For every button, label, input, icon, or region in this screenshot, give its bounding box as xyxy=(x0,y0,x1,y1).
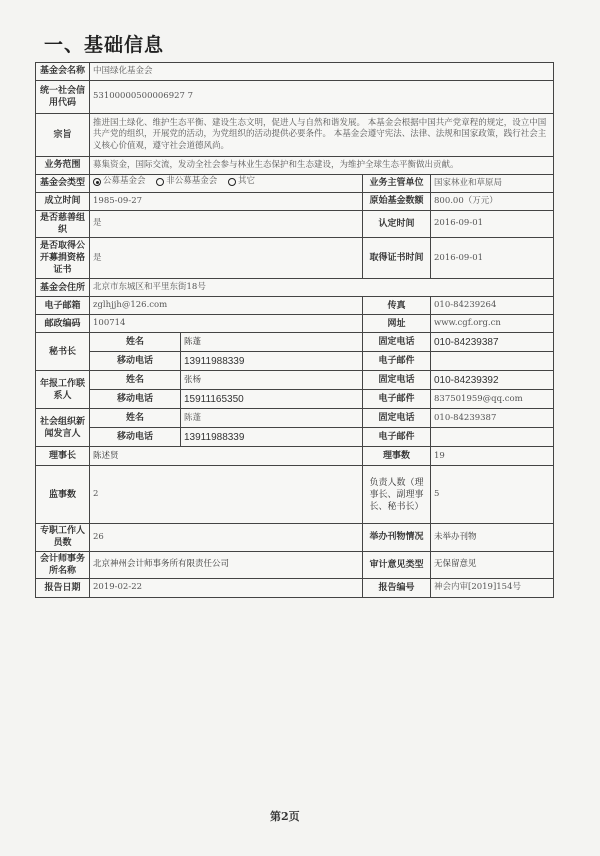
row-address: 基金会住所 北京市东城区和平里东街18号 xyxy=(36,279,554,297)
sub-label: 移动电话 xyxy=(90,428,181,447)
row-chairman: 理事长 陈述贤 理事数 19 xyxy=(36,447,554,466)
row-email: 电子邮箱 zglhjjh@126.com 传真 010-84239264 xyxy=(36,297,554,315)
row-founded: 成立时间 1985-09-27 原始基金数额 800.00（万元） xyxy=(36,193,554,211)
value: www.cgf.org.cn xyxy=(431,315,554,333)
row-secretary-name: 秘书长 姓名 陈蓬 固定电话 010-84239387 xyxy=(36,333,554,352)
value: 北京神州会计师事务所有限责任公司 xyxy=(90,551,363,578)
value: 陈蓬 xyxy=(181,409,363,428)
value: 010-84239264 xyxy=(431,297,554,315)
row-secretary-mobile: 移动电话 13911988339 电子邮件 xyxy=(36,352,554,371)
page-number: 第2页 xyxy=(270,808,300,824)
label: 统一社会信用代码 xyxy=(36,81,90,114)
label: 秘书长 xyxy=(36,333,90,371)
label: 网址 xyxy=(363,315,431,333)
value: 国家林业和草原局 xyxy=(431,175,554,193)
label: 社会组织新闻发言人 xyxy=(36,409,90,447)
value: 100714 xyxy=(90,315,363,333)
value: 未举办刊物 xyxy=(431,524,554,551)
value: 15911165350 xyxy=(181,390,363,409)
value: 张杨 xyxy=(181,371,363,390)
value: zglhjjh@126.com xyxy=(90,297,363,315)
radio-unchecked-icon xyxy=(156,178,164,186)
value: 陈述贤 xyxy=(90,447,363,466)
value: 募集资金，国际交流，发动全社会参与林业生态保护和生态建设，为维护全球生态平衡做出… xyxy=(90,157,554,175)
label: 电子邮件 xyxy=(363,390,431,409)
label: 基金会名称 xyxy=(36,63,90,81)
label: 是否慈善组织 xyxy=(36,211,90,238)
label: 年报工作联系人 xyxy=(36,371,90,409)
label: 负责人数（理事长、副理事长、秘书长） xyxy=(363,466,431,524)
row-charity: 是否慈善组织 是 认定时间 2016-09-01 xyxy=(36,211,554,238)
label: 电子邮箱 xyxy=(36,297,90,315)
row-name: 基金会名称 中国绿化基金会 xyxy=(36,63,554,81)
value: 800.00（万元） xyxy=(431,193,554,211)
row-supervisors: 监事数 2 负责人数（理事长、副理事长、秘书长） 5 xyxy=(36,466,554,524)
row-spokesperson-name: 社会组织新闻发言人 姓名 陈蓬 固定电话 010-84239387 xyxy=(36,409,554,428)
row-purpose: 宗旨 推进国土绿化、维护生态平衡、建设生态文明，促进人与自然和谐发展。 本基金会… xyxy=(36,114,554,157)
sub-label: 姓名 xyxy=(90,371,181,390)
label: 会计师事务所名称 xyxy=(36,551,90,578)
row-report-contact-name: 年报工作联系人 姓名 张杨 固定电话 010-84239392 xyxy=(36,371,554,390)
basic-info-table: 基金会名称 中国绿化基金会 统一社会信用代码 53100000500006927… xyxy=(35,62,554,598)
sub-label: 姓名 xyxy=(90,333,181,352)
section-title: 一、基础信息 xyxy=(44,30,164,57)
value: 2016-09-01 xyxy=(431,238,554,279)
label: 基金会住所 xyxy=(36,279,90,297)
value: 无保留意见 xyxy=(431,551,554,578)
row-scope: 业务范围 募集资金，国际交流，发动全社会参与林业生态保护和生态建设，为维护全球生… xyxy=(36,157,554,175)
label: 业务范围 xyxy=(36,157,90,175)
row-type: 基金会类型 公募基金会 非公募基金会 其它 业务主管单位 国家林业和草原局 xyxy=(36,175,554,193)
value: 2016-09-01 xyxy=(431,211,554,238)
value xyxy=(431,428,554,447)
row-postcode: 邮政编码 100714 网址 www.cgf.org.cn xyxy=(36,315,554,333)
row-accounting-firm: 会计师事务所名称 北京神州会计师事务所有限责任公司 审计意见类型 无保留意见 xyxy=(36,551,554,578)
label: 监事数 xyxy=(36,466,90,524)
value: 53100000500006927 7 xyxy=(90,81,554,114)
label: 取得证书时间 xyxy=(363,238,431,279)
value: 2019-02-22 xyxy=(90,578,363,597)
label: 报告日期 xyxy=(36,578,90,597)
label: 报告编号 xyxy=(363,578,431,597)
label: 是否取得公开募捐资格证书 xyxy=(36,238,90,279)
row-report-contact-mobile: 移动电话 15911165350 电子邮件 837501959@qq.com xyxy=(36,390,554,409)
value: 837501959@qq.com xyxy=(431,390,554,409)
radio-unchecked-icon xyxy=(228,178,236,186)
label: 原始基金数额 xyxy=(363,193,431,211)
label: 固定电话 xyxy=(363,333,431,352)
type-options: 公募基金会 非公募基金会 其它 xyxy=(90,175,363,193)
row-staff: 专职工作人员数 26 举办刊物情况 未举办刊物 xyxy=(36,524,554,551)
value: 13911988339 xyxy=(181,428,363,447)
value: 神会内审[2019]154号 xyxy=(431,578,554,597)
label: 认定时间 xyxy=(363,211,431,238)
sub-label: 姓名 xyxy=(90,409,181,428)
sub-label: 移动电话 xyxy=(90,352,181,371)
value: 中国绿化基金会 xyxy=(90,63,554,81)
value: 北京市东城区和平里东街18号 xyxy=(90,279,554,297)
label: 基金会类型 xyxy=(36,175,90,193)
value: 陈蓬 xyxy=(181,333,363,352)
label: 业务主管单位 xyxy=(363,175,431,193)
radio-nonpublic[interactable]: 非公募基金会 xyxy=(156,176,217,187)
radio-other[interactable]: 其它 xyxy=(228,176,255,187)
label: 电子邮件 xyxy=(363,352,431,371)
label: 电子邮件 xyxy=(363,428,431,447)
value: 010-84239387 xyxy=(431,333,554,352)
value: 010-84239387 xyxy=(431,409,554,428)
label: 固定电话 xyxy=(363,409,431,428)
label: 邮政编码 xyxy=(36,315,90,333)
label: 宗旨 xyxy=(36,114,90,157)
label: 举办刊物情况 xyxy=(363,524,431,551)
label: 专职工作人员数 xyxy=(36,524,90,551)
label: 理事长 xyxy=(36,447,90,466)
label: 审计意见类型 xyxy=(363,551,431,578)
value: 5 xyxy=(431,466,554,524)
value: 010-84239392 xyxy=(431,371,554,390)
sub-label: 移动电话 xyxy=(90,390,181,409)
row-spokesperson-mobile: 移动电话 13911988339 电子邮件 xyxy=(36,428,554,447)
label: 传真 xyxy=(363,297,431,315)
value: 26 xyxy=(90,524,363,551)
value: 13911988339 xyxy=(181,352,363,371)
radio-checked-icon xyxy=(93,178,101,186)
value xyxy=(431,352,554,371)
radio-public[interactable]: 公募基金会 xyxy=(93,176,146,187)
row-report-date: 报告日期 2019-02-22 报告编号 神会内审[2019]154号 xyxy=(36,578,554,597)
label: 理事数 xyxy=(363,447,431,466)
value: 是 xyxy=(90,238,363,279)
label: 成立时间 xyxy=(36,193,90,211)
row-credit-code: 统一社会信用代码 53100000500006927 7 xyxy=(36,81,554,114)
value: 推进国土绿化、维护生态平衡、建设生态文明，促进人与自然和谐发展。 本基金会根据中… xyxy=(90,114,554,157)
row-public-fundraising: 是否取得公开募捐资格证书 是 取得证书时间 2016-09-01 xyxy=(36,238,554,279)
value: 19 xyxy=(431,447,554,466)
value: 2 xyxy=(90,466,363,524)
value: 1985-09-27 xyxy=(90,193,363,211)
label: 固定电话 xyxy=(363,371,431,390)
value: 是 xyxy=(90,211,363,238)
